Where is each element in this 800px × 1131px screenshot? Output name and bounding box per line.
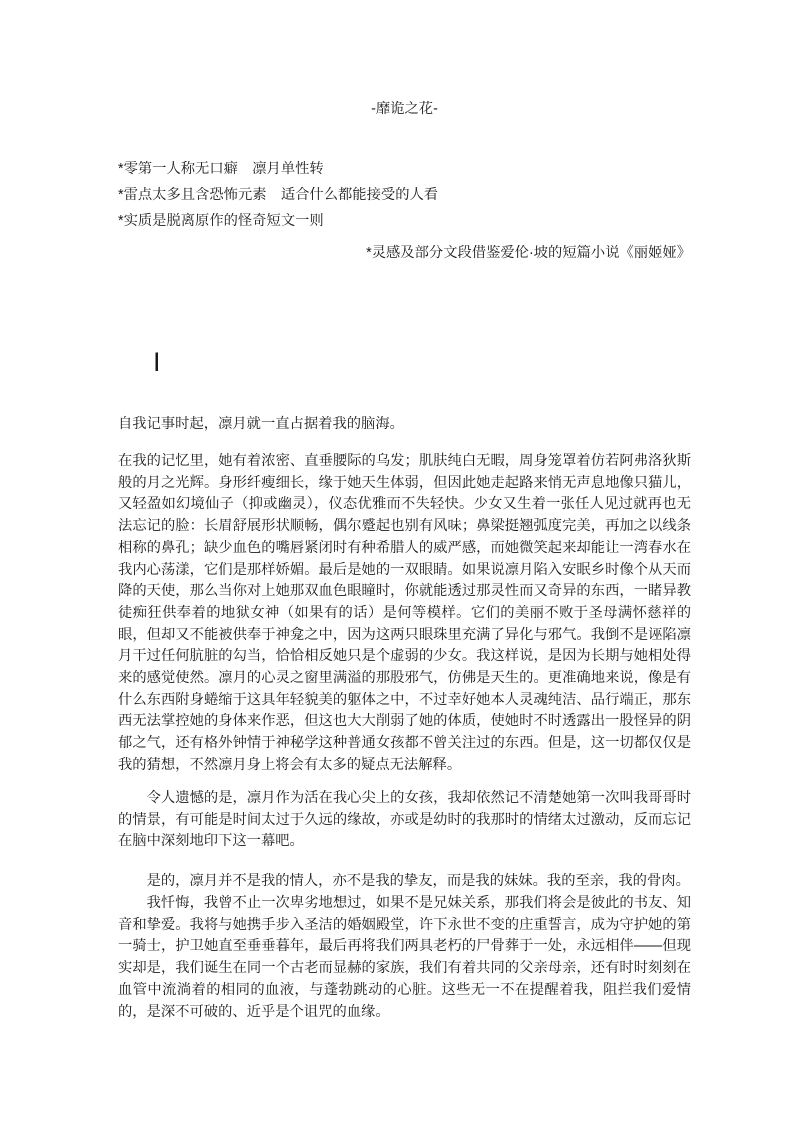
- header-note-line: *零第一人称无口癖 凛月单性转: [118, 156, 691, 182]
- body-paragraph: 在我的记忆里，她有着浓密、直垂腰际的乌发；肌肤纯白无暇，周身笼罩着仿若阿弗洛狄斯…: [118, 451, 691, 777]
- body-paragraph: 我忏悔，我曾不止一次卑劣地想过，如果不是兄妹关系，那我们将会是彼此的书友、知音和…: [118, 893, 691, 1023]
- section-number: I: [153, 349, 193, 376]
- document-title: -靡诡之花-: [118, 99, 691, 121]
- document-page: -靡诡之花- *零第一人称无口癖 凛月单性转 *雷点太多且含恐怖元素 适合什么都…: [0, 0, 800, 1131]
- header-notes: *零第一人称无口癖 凛月单性转 *雷点太多且含恐怖元素 适合什么都能接受的人看 …: [118, 156, 691, 234]
- body-paragraph: 自我记事时起，凛月就一直占据着我的脑海。: [118, 414, 691, 436]
- header-note-line: *雷点太多且含恐怖元素 适合什么都能接受的人看: [118, 182, 691, 208]
- header-note-line: *实质是脱离原作的怪奇短文一则: [118, 208, 691, 234]
- body-paragraph: 令人遗憾的是，凛月作为活在我心尖上的女孩，我却依然记不清楚她第一次叫我哥哥时的情…: [118, 788, 691, 853]
- inspiration-credit: *灵感及部分文段借鉴爱伦·坡的短篇小说《丽姬娅》: [118, 243, 691, 265]
- body-paragraph: 是的，凛月并不是我的情人，亦不是我的挚友，而是我的妹妹。我的至亲，我的骨肉。: [118, 871, 691, 893]
